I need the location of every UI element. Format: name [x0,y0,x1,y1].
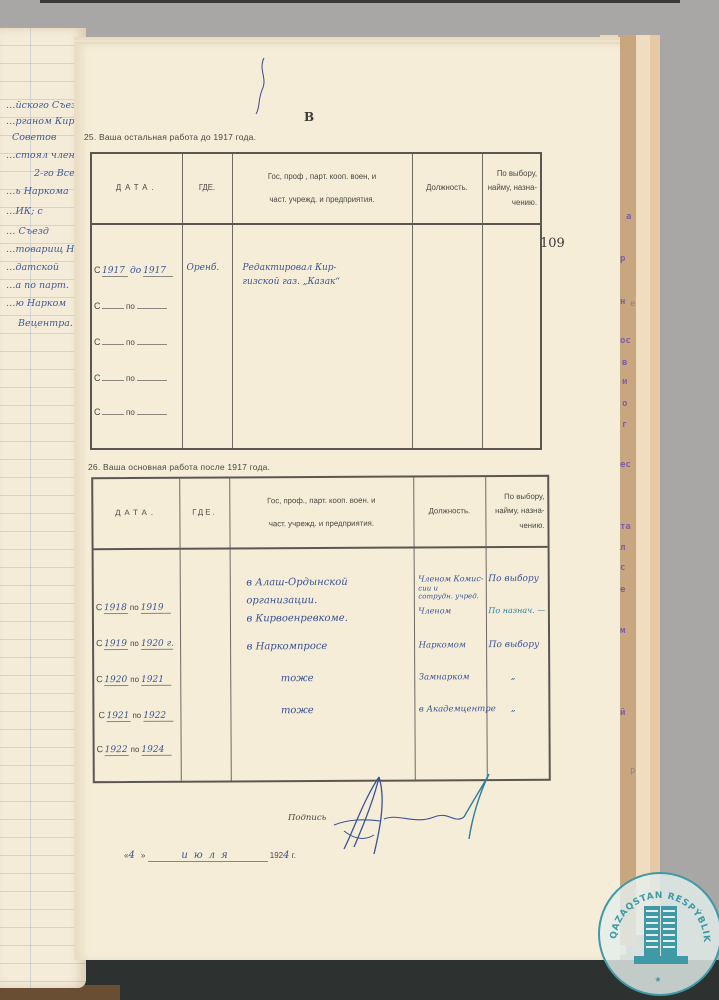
date-row: С 1920 по 1921 [96,674,171,686]
date-year-suffix: 4 [283,850,289,861]
signing-date: «4» июля 1924 г. [124,850,296,862]
where-column [180,548,231,780]
header-where: ГДЕ. [179,478,229,548]
institution-value: в Алаш-Ордынской [246,577,348,589]
date-row: Спо [94,301,167,311]
top-shadow [40,0,680,3]
signature-handwriting [324,769,494,859]
tape-letter: ос [620,336,631,346]
tape-letter: е [620,585,625,595]
header-institution: Гос, проф , парт. кооп. воен, и част. уч… [232,154,412,224]
ledger-note: …ь Наркома [6,186,69,197]
tape-letter: и [622,377,627,387]
ledger-note: …датской [6,262,59,273]
header-institution: Гос, проф., парт. кооп. воен. и част. уч… [229,478,413,549]
stacked-page-edge [650,35,660,915]
tape-letter: г [622,420,627,430]
appointment-value: По назнач. — [488,606,545,615]
tape-letter: та [620,522,631,532]
header-position: Должность. [413,477,485,547]
institution-value: в Кирвоенревкоме. [246,613,348,625]
tape-letter: л [620,543,625,553]
appointment-column [482,224,540,448]
pen-mark-icon [252,56,272,116]
date-column: С 1917 до 1917 Спо Спо Спо С [92,224,182,448]
document-page: В 25. Ваша остальная работа до 1917 года… [74,42,620,960]
header-appointment: По выбору, найму, назна- чению. [485,477,547,547]
appointment-column: По выбору По назнач. — По выбору „ „ [486,547,549,779]
tape-letter: ес [620,460,631,470]
position-value: Наркомом [419,640,466,650]
archive-stamp: QAZAQSTAN RESPÝBLIKASY PREZIDENTINIŃ ARH… [598,872,719,996]
date-row: С 1919 по 1920 г. [96,638,173,650]
date-row: С 1921 по 1922 [98,710,173,722]
header-date: ДАТА. [92,154,182,224]
appointment-value: По выбору [489,640,540,650]
ledger-note: …ю Нарком [6,298,66,309]
ledger-note: Советов [12,132,56,143]
ledger-note: …а по парт. [6,280,69,291]
date-row: Спо [94,407,167,417]
appointment-value: По выбору [488,574,539,584]
ledger-note: 2-го Все- [34,168,78,179]
position-value: в Академцентре [419,704,496,714]
position-value: Членом [418,606,451,615]
institution-value: в Наркомпросе [247,641,328,652]
date-row: Спо [94,373,167,383]
header-where: ГДЕ. [182,154,232,224]
ledger-note: Вецентра. [18,318,73,329]
institution-value: Редактировал Кир- [243,263,337,273]
date-suffix: г. [292,851,296,860]
table-work-before-1917: ДАТА. ГДЕ. Гос, проф , парт. кооп. воен,… [90,152,542,450]
date-month: июля [148,850,268,862]
institution-value: гизской газ. „Казак“ [243,277,341,287]
tape-letter: р [630,766,635,776]
ledger-note: …рганом Кир- [6,116,78,127]
institution-value: организации. [246,595,317,606]
page-letter: В [304,110,315,124]
date-row: С 1918 по 1919 [96,602,171,614]
date-year-prefix: 192 [270,851,283,860]
date-row: С 1922 по 1924 [97,744,172,756]
institution-value: тоже [281,673,314,684]
section-25-title: 25. Ваша остальная работа до 1917 года. [84,132,256,142]
tape-letter: о [622,399,627,409]
position-value: Членом Комис- [418,574,483,583]
position-column [412,224,482,448]
position-column: Членом Комис- сии и сотрудн. учред. Член… [414,547,487,779]
institution-value: тоже [281,705,314,716]
signature-label: Подпись [288,813,326,823]
ledger-note: … Съезд [6,226,49,237]
header-position: Должность. [412,154,482,224]
section-26-title: 26. Ваша основная работа после 1917 года… [88,462,270,472]
svg-text:★: ★ [654,975,661,984]
position-value: сии и [418,584,438,592]
date-row: Спо [94,337,167,347]
date-column: С 1918 по 1919 С 1919 по 1920 г. С 1920 [94,549,181,781]
date-day: 4 [128,850,140,861]
archive-building-icon: QAZAQSTAN RESPÝBLIKASY PREZIDENTINIŃ ARH… [600,874,719,994]
tape-letter: н [620,297,625,307]
institution-column: Редактировал Кир- гизской газ. „Казак“ [232,224,412,448]
tape-letter: с [620,563,625,573]
appointment-value: „ [511,704,516,714]
header-appointment: По выбору, найму, назна- чению. [482,154,540,224]
position-value: сотрудн. учред. [418,592,479,600]
header-date: ДАТА. [93,479,179,549]
position-value: Замнарком [419,672,470,682]
tape-letter: р [620,254,625,264]
where-value: Оренб. [187,263,220,273]
tape-letter: м [620,626,625,636]
tape-letter: е [630,299,635,309]
page-number: 109 [540,236,565,251]
tape-letter: й [620,708,625,718]
appointment-value: „ [511,672,516,682]
stacked-page-edge [618,35,638,945]
institution-column: в Алаш-Ордынской организации. в Кирвоенр… [230,548,415,781]
ledger-note: …ИК; с [6,206,43,217]
table-work-after-1917: ДАТА. ГДЕ. Гос, проф., парт. кооп. воен.… [91,475,551,783]
where-column: Оренб. [182,224,232,448]
tape-letter: в [622,358,627,368]
tape-letter: а [626,212,631,222]
date-row: С 1917 до 1917 [94,265,173,277]
